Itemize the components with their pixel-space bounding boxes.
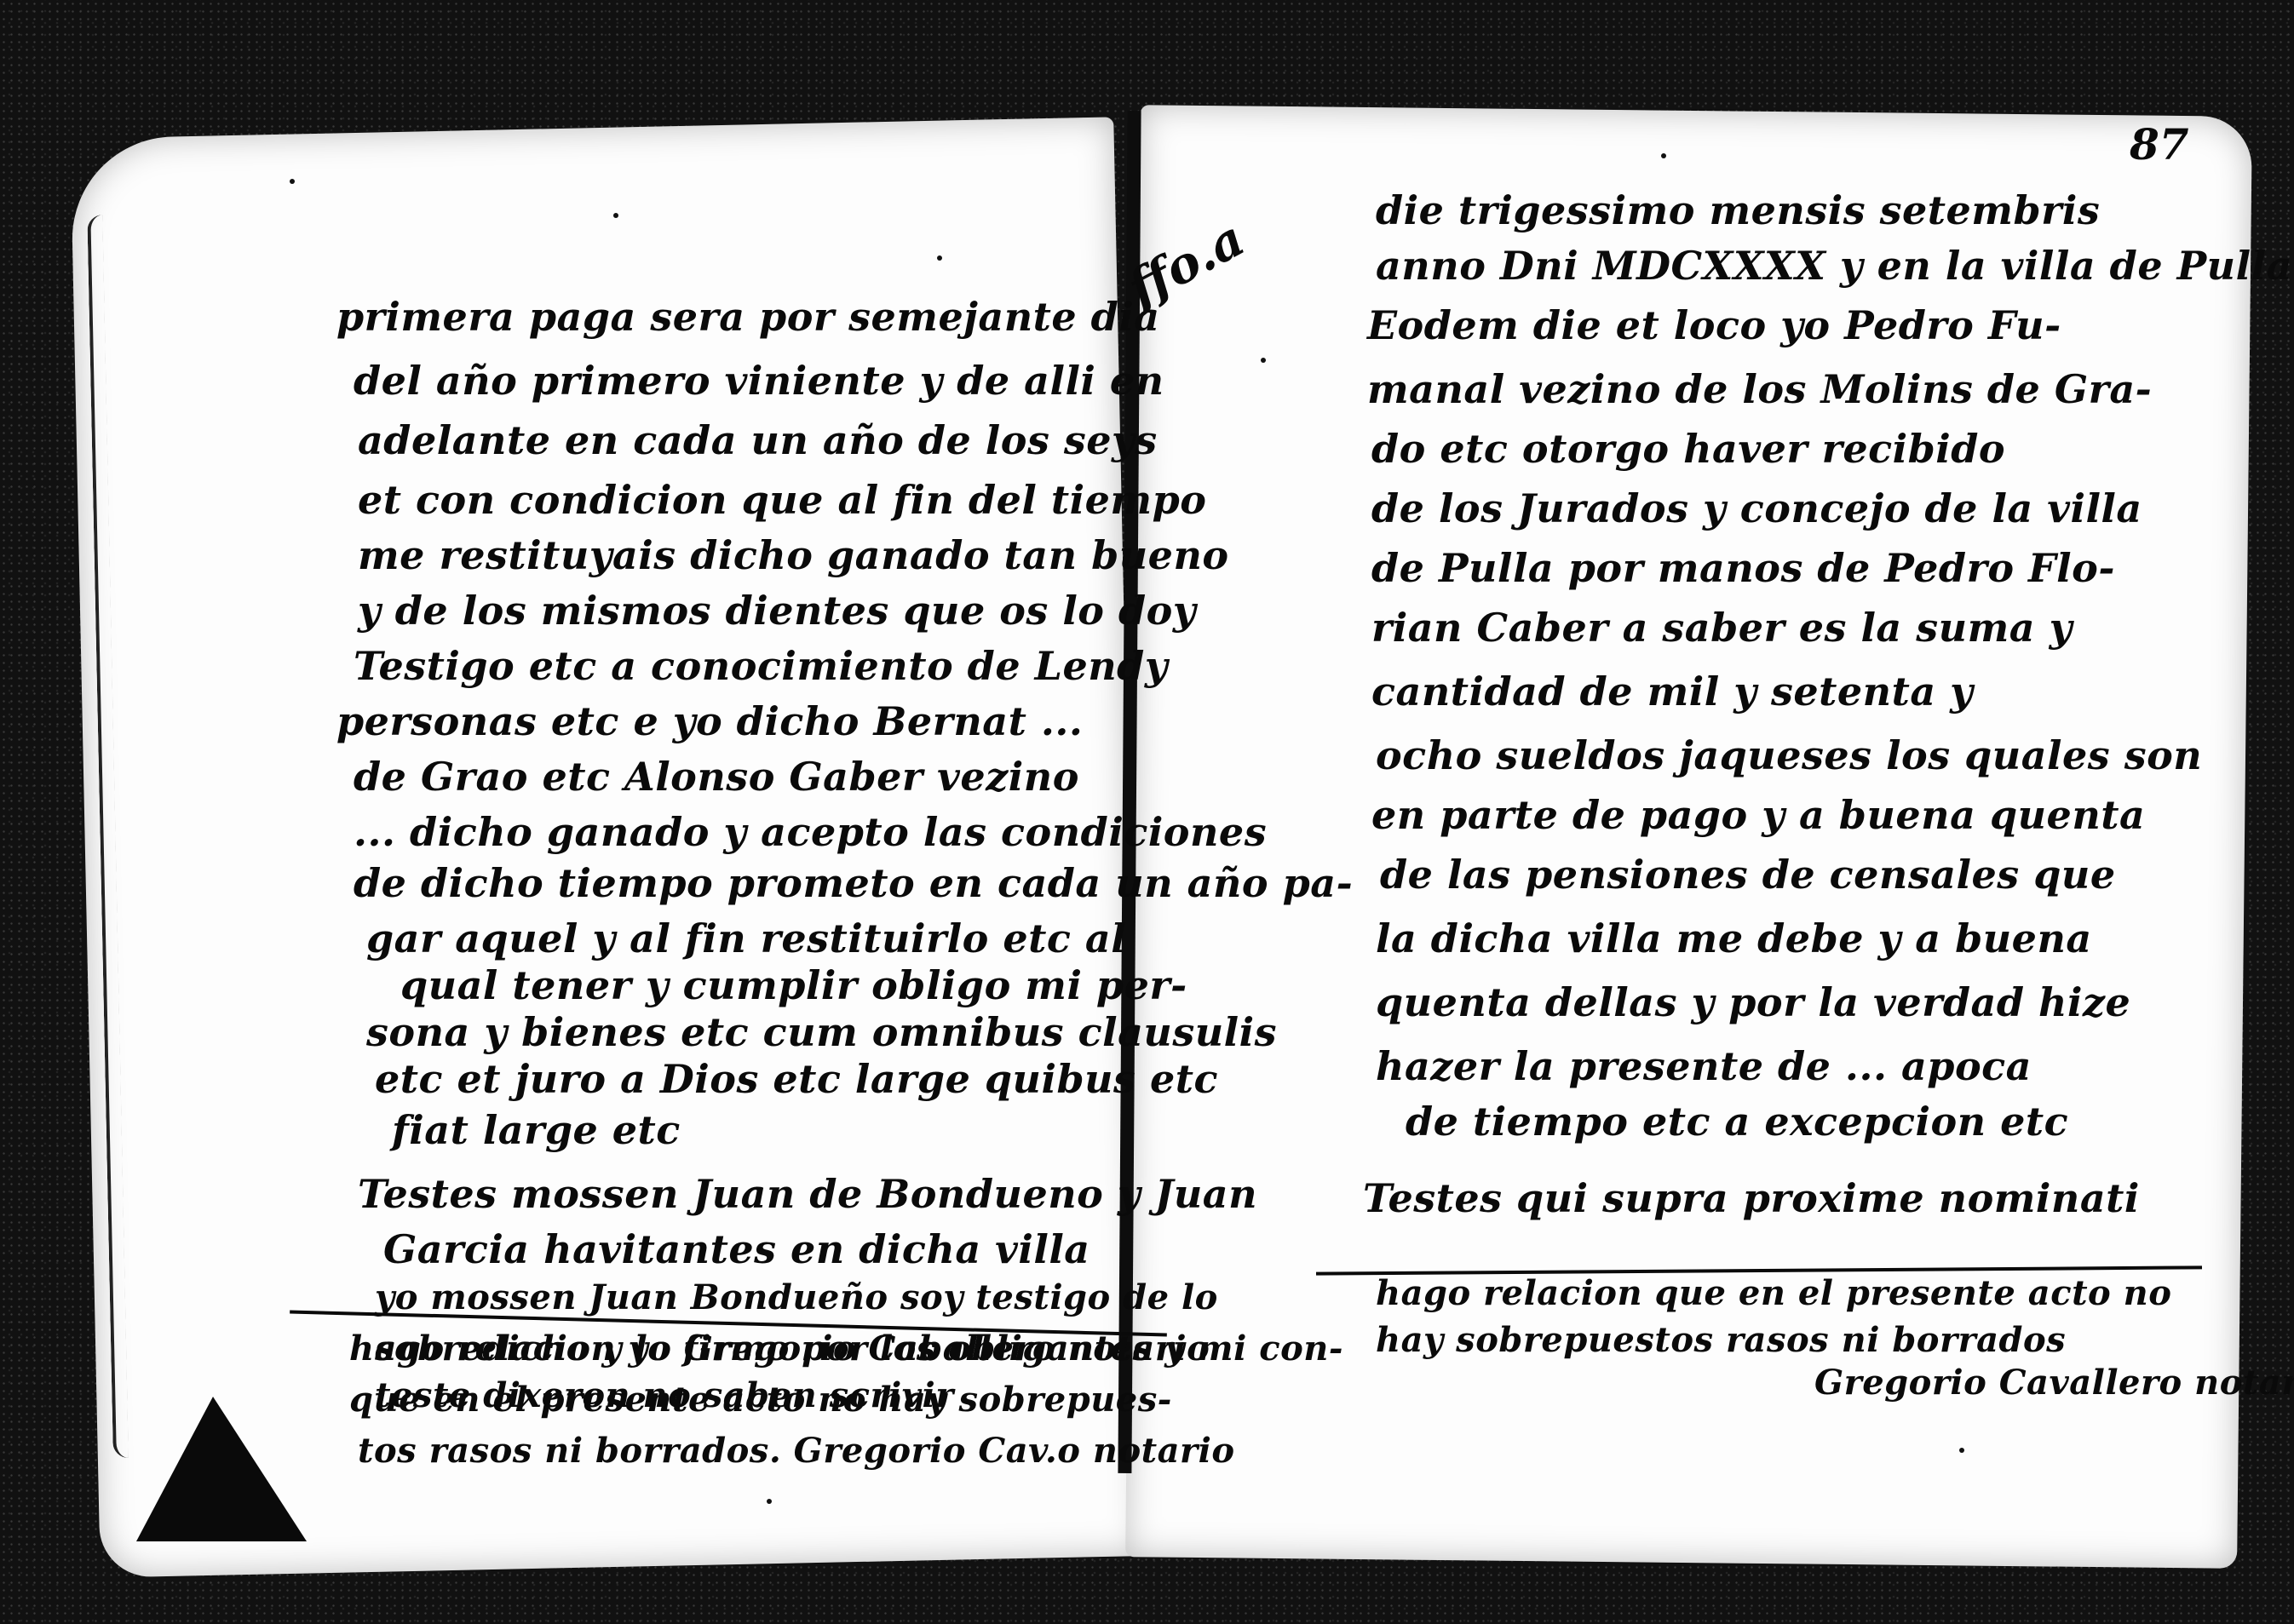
manuscript-line: ocho sueldos jaqueses los quales son (1376, 732, 2202, 778)
notary-note-line: que en el presente acto no hay sobrepues… (349, 1380, 1172, 1420)
manuscript-line: qual tener y cumplir obligo mi per- (400, 962, 1187, 1008)
page-corner-fold (136, 1397, 307, 1541)
manuscript-line: primera paga sera por semejante dia (336, 294, 1160, 340)
manuscript-line: de dicho tiempo prometo en cada un año p… (354, 860, 1353, 906)
manuscript-line: Testes mossen Juan de Bondueno y Juan (358, 1171, 1257, 1217)
manuscript-line: de los Jurados y concejo de la villa (1371, 485, 2142, 531)
manuscript-line: die trigessimo mensis setembris (1376, 187, 2100, 233)
manuscript-line: et con condicion que al fin del tiempo (358, 477, 1206, 523)
manuscript-line: personas etc e yo dicho Bernat ... (336, 698, 1083, 744)
manuscript-line: gar aquel y al fin restituirlo etc al (366, 915, 1126, 961)
manuscript-line: Testes qui supra proxime nominati (1363, 1175, 2140, 1221)
manuscript-line: y de los mismos dientes que os lo doy (358, 588, 1196, 634)
manuscript-line: hazer la presente de ... apoca (1376, 1043, 2032, 1089)
manuscript-line: en parte de pago y a buena quenta (1371, 792, 2145, 838)
notary-note-line: tos rasos ni borrados. Gregorio Cav.o no… (358, 1431, 1235, 1471)
manuscript-line: de Pulla por manos de Pedro Flo- (1371, 545, 2115, 591)
manuscript-line: adelante en cada un año de los seys (358, 417, 1158, 463)
paper-speck (1959, 1448, 1964, 1453)
manuscript-line: manal vezino de los Molins de Gra- (1367, 366, 2152, 412)
notary-signature: Gregorio Cavallero notario (1814, 1363, 2294, 1403)
manuscript-line: fiat large etc (392, 1107, 681, 1153)
manuscript-line: yo mossen Juan Bondueño soy testigo de l… (375, 1277, 1218, 1317)
paper-speck (1261, 358, 1266, 363)
manuscript-line: Garcia havitantes en dicha villa (383, 1226, 1090, 1272)
manuscript-line: cantidad de mil y setenta y (1371, 669, 1973, 714)
paper-speck (290, 179, 295, 184)
notary-note-line: hago relacion yo Gregorio Caballero nota… (349, 1328, 1210, 1369)
manuscript-line: do etc otorgo haver recibido (1371, 426, 2005, 472)
paper-speck (613, 213, 618, 218)
manuscript-line: ... dicho ganado y acepto las condicione… (354, 809, 1267, 855)
manuscript-line: de Grao etc Alonso Gaber vezino (354, 754, 1079, 800)
notary-note-line: hago relacion que en el presente acto no (1376, 1273, 2171, 1313)
paper-speck (1661, 153, 1666, 158)
manuscript-line: del año primero viniente y de alli en (354, 358, 1164, 404)
manuscript-line: Eodem die et loco yo Pedro Fu- (1367, 302, 2061, 348)
paper-speck (767, 1499, 772, 1504)
notary-note-line: hay sobrepuestos rasos ni borrados (1376, 1320, 2066, 1360)
manuscript-line: sona y bienes etc cum omnibus clausulis (366, 1009, 1277, 1055)
folio-number: 87 (2130, 119, 2189, 169)
manuscript-line: de tiempo etc a excepcion etc (1406, 1099, 2068, 1145)
manuscript-line: la dicha villa me debe y a buena (1376, 915, 2092, 961)
manuscript-line: etc et juro a Dios etc large quibus etc (375, 1056, 1218, 1102)
manuscript-line: quenta dellas y por la verdad hize (1376, 979, 2130, 1025)
manuscript-line: anno Dni MDCXXXX y en la villa de Pulla (1376, 243, 2292, 289)
manuscript-line: me restituyais dicho ganado tan bueno (358, 532, 1229, 578)
paper-speck (937, 255, 942, 261)
manuscript-line: de las pensiones de censales que (1380, 852, 2116, 898)
manuscript-line: Testigo etc a conocimiento de Lendy (354, 643, 1168, 689)
manuscript-line: rian Caber a saber es la suma y (1371, 605, 2073, 651)
